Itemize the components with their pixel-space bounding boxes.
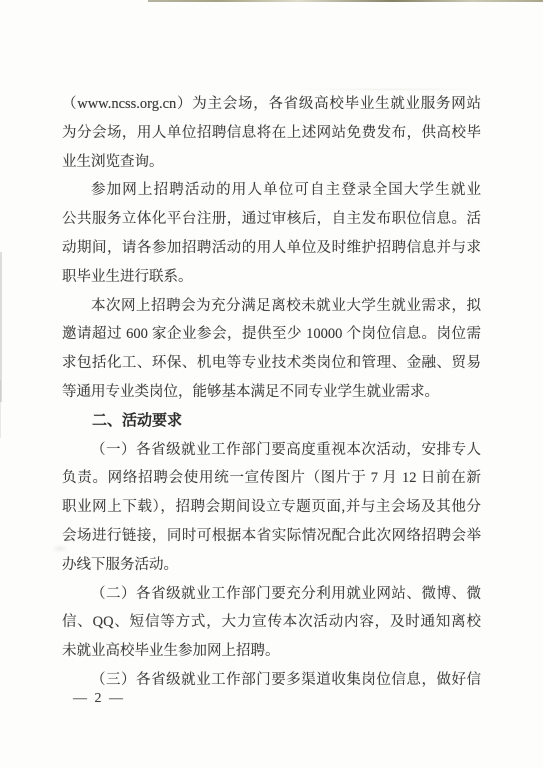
text-line: 会场进行链接，同时可根据本省实际情况配合此次网络招聘会举 bbox=[62, 522, 481, 551]
text-line: 职业网上下载），招聘会期间设立专题页面,并与主会场及其他分 bbox=[62, 493, 481, 522]
text-line: 等通用专业类岗位，能够基本满足不同专业学生就业需求。 bbox=[62, 378, 481, 407]
text-line: 负责。网络招聘会使用统一宣传图片（图片于 7 月 12 日前在新 bbox=[62, 464, 481, 493]
text-line: （二）各省级就业工作部门要充分利用就业网站、微博、微 bbox=[62, 580, 481, 609]
text-line: 邀请超过 600 家企业参会，提供至少 10000 个岗位信息。岗位需 bbox=[62, 320, 481, 349]
text-line: 办线下服务活动。 bbox=[62, 551, 481, 580]
text-line: （一）各省级就业工作部门要高度重视本次活动，安排专人 bbox=[62, 436, 481, 465]
text-line: （www.ncss.org.cn）为主会场，各省级高校毕业生就业服务网站 bbox=[62, 90, 481, 119]
text-line: 信、QQ、短信等方式，大力宣传本次活动内容，及时通知离校 bbox=[62, 608, 481, 637]
text-line: 为分会场，用人单位招聘信息将在上述网站免费发布，供高校毕 bbox=[62, 119, 481, 148]
text-line: 职毕业生进行联系。 bbox=[62, 263, 481, 292]
text-line: 参加网上招聘活动的用人单位可自主登录全国大学生就业 bbox=[62, 176, 481, 205]
section-heading: 二、活动要求 bbox=[62, 407, 481, 436]
text-line: 公共服务立体化平台注册，通过审核后，自主发布职位信息。活 bbox=[62, 205, 481, 234]
page-number: — 2 — bbox=[73, 691, 125, 707]
text-line: 未就业高校毕业生参加网上招聘。 bbox=[62, 637, 481, 666]
text-line: 求包括化工、环保、机电等专业技术类岗位和管理、金融、贸易 bbox=[62, 349, 481, 378]
scan-left-artifact bbox=[0, 380, 1, 438]
document-body: （www.ncss.org.cn）为主会场，各省级高校毕业生就业服务网站为分会场… bbox=[62, 90, 481, 695]
text-line: 业生浏览查询。 bbox=[62, 148, 481, 177]
scanned-page: （www.ncss.org.cn）为主会场，各省级高校毕业生就业服务网站为分会场… bbox=[0, 0, 543, 768]
text-line: 本次网上招聘会为充分满足离校未就业大学生就业需求，拟 bbox=[62, 292, 481, 321]
scan-edge-artifact bbox=[148, 0, 543, 2]
text-line: 动期间，请各参加招聘活动的用人单位及时维护招聘信息并与求 bbox=[62, 234, 481, 263]
